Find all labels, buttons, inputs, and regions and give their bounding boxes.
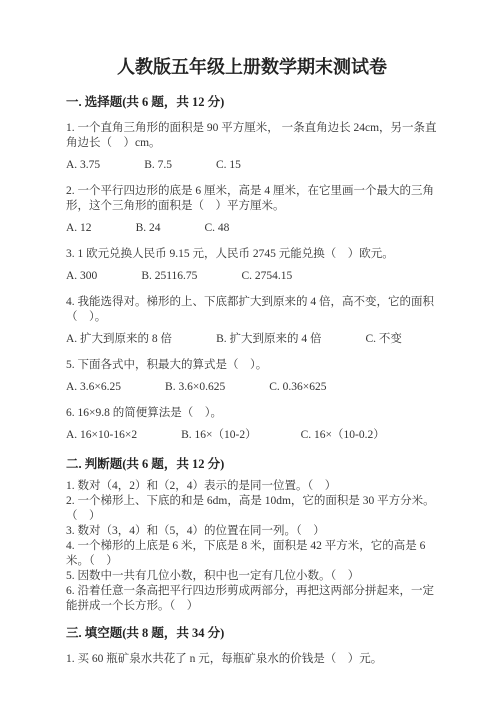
option-a: A. 12 xyxy=(66,221,92,236)
exam-paper-page: 人教版五年级上册数学期末测试卷 一. 选择题(共 6 题，共 12 分) 1. … xyxy=(0,0,500,707)
choice-question: 6. 16×9.8 的简便算法是（ ）。 A. 16×10-16×2 B. 16… xyxy=(66,406,438,443)
page-title: 人教版五年级上册数学期末测试卷 xyxy=(66,55,438,79)
option-a: A. 扩大到原来的 8 倍 xyxy=(66,332,172,347)
section-heading-fill: 三. 填空题(共 8 题，共 34 分) xyxy=(66,626,438,641)
question-text: 5. 下面各式中，积最大的算式是（ ）。 xyxy=(66,358,438,373)
option-a: A. 3.6×6.25 xyxy=(66,380,121,395)
options-row: A. 300 B. 25116.75 C. 2754.15 xyxy=(66,269,438,284)
options-row: A. 3.75 B. 7.5 C. 15 xyxy=(66,158,438,173)
question-text: 6. 16×9.8 的简便算法是（ ）。 xyxy=(66,406,438,421)
option-c: C. 16×（10-0.2） xyxy=(301,428,385,443)
judgment-item: 2. 一个梯形上、下底的和是 6dm，高是 10dm，它的面积是 30 平方分米… xyxy=(66,494,438,524)
option-c: C. 48 xyxy=(204,221,229,236)
choice-question: 2. 一个平行四边形的底是 6 厘米，高是 4 厘米，在它里画一个最大的三角形，… xyxy=(66,184,438,236)
option-b: B. 24 xyxy=(136,221,161,236)
question-text: 3. 1 欧元兑换人民币 9.15 元，人民币 2745 元能兑换（ ）欧元。 xyxy=(66,247,438,262)
question-text: 1. 一个直角三角形的面积是 90 平方厘米， 一条直角边长 24cm，另一条直… xyxy=(66,121,438,151)
fill-item: 1. 买 60 瓶矿泉水共花了 n 元，每瓶矿泉水的价钱是（ ）元。 xyxy=(66,652,438,667)
choice-question: 1. 一个直角三角形的面积是 90 平方厘米， 一条直角边长 24cm，另一条直… xyxy=(66,121,438,173)
option-b: B. 25116.75 xyxy=(141,269,197,284)
options-row: A. 扩大到原来的 8 倍 B. 扩大到原来的 4 倍 C. 不变 xyxy=(66,332,438,347)
judgment-list: 1. 数对（4，2）和（2，4）表示的是同一位置。（ ） 2. 一个梯形上、下底… xyxy=(66,479,438,614)
judgment-item: 1. 数对（4，2）和（2，4）表示的是同一位置。（ ） xyxy=(66,479,438,494)
option-b: B. 3.6×0.625 xyxy=(165,380,225,395)
option-a: A. 16×10-16×2 xyxy=(66,428,137,443)
judgment-item: 3. 数对（3，4）和（5，4）的位置在同一列。（ ） xyxy=(66,524,438,539)
option-a: A. 300 xyxy=(66,269,97,284)
option-b: B. 扩大到原来的 4 倍 xyxy=(216,332,321,347)
question-text: 4. 我能选得对。梯形的上、下底都扩大到原来的 4 倍，高不变，它的面积（ ）。 xyxy=(66,295,438,325)
choice-question: 5. 下面各式中，积最大的算式是（ ）。 A. 3.6×6.25 B. 3.6×… xyxy=(66,358,438,395)
option-a: A. 3.75 xyxy=(66,158,100,173)
option-b: B. 16×（10-2） xyxy=(181,428,257,443)
option-c: C. 2754.15 xyxy=(241,269,292,284)
question-text: 2. 一个平行四边形的底是 6 厘米，高是 4 厘米，在它里画一个最大的三角形，… xyxy=(66,184,438,214)
option-c: C. 15 xyxy=(216,158,241,173)
choice-question: 4. 我能选得对。梯形的上、下底都扩大到原来的 4 倍，高不变，它的面积（ ）。… xyxy=(66,295,438,347)
section-heading-judgment: 二. 判断题(共 6 题，共 12 分) xyxy=(66,457,438,472)
options-row: A. 3.6×6.25 B. 3.6×0.625 C. 0.36×625 xyxy=(66,380,438,395)
options-row: A. 12 B. 24 C. 48 xyxy=(66,221,438,236)
choice-question: 3. 1 欧元兑换人民币 9.15 元，人民币 2745 元能兑换（ ）欧元。 … xyxy=(66,247,438,284)
option-c: C. 不变 xyxy=(365,332,401,347)
section-heading-choice: 一. 选择题(共 6 题，共 12 分) xyxy=(66,95,438,110)
option-b: B. 7.5 xyxy=(144,158,172,173)
judgment-item: 4. 一个梯形的上底是 6 米，下底是 8 米，面积是 42 平方米，它的高是 … xyxy=(66,539,438,569)
judgment-item: 6. 沿着任意一条高把平行四边形剪成两部分，再把这两部分拼起来，一定能拼成一个长… xyxy=(66,584,438,614)
judgment-item: 5. 因数中一共有几位小数，积中也一定有几位小数。（ ） xyxy=(66,569,438,584)
option-c: C. 0.36×625 xyxy=(269,380,326,395)
options-row: A. 16×10-16×2 B. 16×（10-2） C. 16×（10-0.2… xyxy=(66,428,438,443)
